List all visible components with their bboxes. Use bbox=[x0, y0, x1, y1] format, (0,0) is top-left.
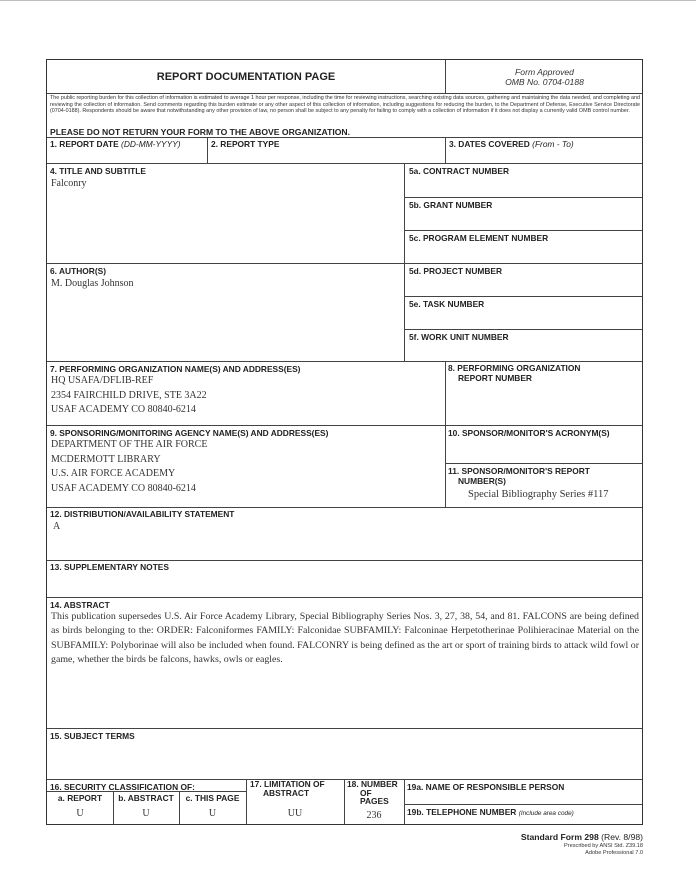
field-14-abstract-value[interactable]: This publication supersedes U.S. Air For… bbox=[51, 610, 639, 667]
field-10-acronym-label: 10. SPONSOR/MONITOR'S ACRONYM(S) bbox=[448, 428, 610, 438]
divider bbox=[47, 361, 642, 362]
divider bbox=[47, 425, 642, 426]
divider bbox=[404, 230, 642, 231]
divider bbox=[404, 329, 642, 330]
divider bbox=[47, 263, 642, 264]
omb-approval: Form Approved OMB No. 0704-0188 bbox=[445, 60, 644, 93]
form-approved-text: Form Approved bbox=[515, 67, 574, 77]
field-8-report-number-label: 8. PERFORMING ORGANIZATION REPORT NUMBER bbox=[448, 363, 580, 383]
burden-statement: The public reporting burden for this col… bbox=[50, 95, 640, 115]
divider bbox=[445, 463, 642, 464]
form-title: REPORT DOCUMENTATION PAGE bbox=[47, 60, 445, 93]
divider bbox=[47, 507, 642, 508]
divider bbox=[47, 137, 642, 138]
field-14-abstract-label: 14. ABSTRACT bbox=[50, 600, 110, 610]
field-13-supplementary-notes-label: 13. SUPPLEMENTARY NOTES bbox=[50, 562, 169, 572]
field-1-report-date-label: 1. REPORT DATE (DD-MM-YYYY) bbox=[50, 139, 181, 149]
field-18-number-of-pages-label: 18. NUMBER OF PAGES bbox=[347, 780, 398, 806]
divider bbox=[404, 197, 642, 198]
field-3-dates-covered-label: 3. DATES COVERED (From - To) bbox=[449, 139, 574, 149]
field-12-distribution-value[interactable]: A bbox=[53, 520, 60, 535]
field-16c-this-page-label: c. THIS PAGE bbox=[179, 793, 246, 803]
field-6-author-label: 6. AUTHOR(S) bbox=[50, 266, 106, 276]
field-16b-abstract-label: b. ABSTRACT bbox=[113, 793, 179, 803]
field-19a-responsible-person-label: 19a. NAME OF RESPONSIBLE PERSON bbox=[407, 782, 564, 792]
omb-number: OMB No. 0704-0188 bbox=[505, 77, 584, 87]
divider bbox=[47, 163, 642, 164]
field-19b-telephone-label: 19b. TELEPHONE NUMBER (Include area code… bbox=[407, 807, 574, 817]
field-5b-grant-number-label: 5b. GRANT NUMBER bbox=[409, 200, 492, 210]
field-16b-abstract-value[interactable]: U bbox=[113, 807, 179, 822]
divider bbox=[445, 137, 446, 163]
field-5f-work-unit-label: 5f. WORK UNIT NUMBER bbox=[409, 332, 509, 342]
field-12-distribution-label: 12. DISTRIBUTION/AVAILABILITY STATEMENT bbox=[50, 509, 234, 519]
field-5c-program-element-label: 5c. PROGRAM ELEMENT NUMBER bbox=[409, 233, 548, 243]
field-11-report-number-value[interactable]: Special Bibliography Series #117 bbox=[468, 488, 608, 503]
field-16a-report-label: a. REPORT bbox=[47, 793, 113, 803]
divider bbox=[47, 560, 642, 561]
do-not-return-notice: PLEASE DO NOT RETURN YOUR FORM TO THE AB… bbox=[50, 127, 350, 137]
divider bbox=[47, 728, 642, 729]
divider bbox=[404, 804, 642, 805]
field-16a-report-value[interactable]: U bbox=[47, 807, 113, 822]
field-4-title-value[interactable]: Falconry bbox=[51, 177, 87, 192]
field-6-author-value[interactable]: M. Douglas Johnson bbox=[51, 277, 134, 292]
divider bbox=[47, 597, 642, 598]
field-17-limitation-value[interactable]: UU bbox=[246, 807, 344, 822]
report-documentation-form: REPORT DOCUMENTATION PAGE Form Approved … bbox=[46, 59, 643, 825]
divider bbox=[404, 779, 405, 824]
field-2-report-type-label: 2. REPORT TYPE bbox=[211, 139, 279, 149]
field-5e-task-number-label: 5e. TASK NUMBER bbox=[409, 299, 484, 309]
field-18-number-of-pages-value[interactable]: 236 bbox=[344, 809, 404, 824]
field-5a-contract-number-label: 5a. CONTRACT NUMBER bbox=[409, 166, 509, 176]
field-7-performing-org-label: 7. PERFORMING ORGANIZATION NAME(S) AND A… bbox=[50, 364, 300, 374]
field-17-limitation-label: 17. LIMITATION OF ABSTRACT bbox=[250, 780, 325, 798]
form-prescription: Prescribed by ANSI Std. Z39.18 Adobe Pro… bbox=[564, 843, 643, 857]
field-15-subject-terms-label: 15. SUBJECT TERMS bbox=[50, 731, 135, 741]
page-top-rule bbox=[0, 0, 696, 1]
field-9-sponsoring-agency-label: 9. SPONSORING/MONITORING AGENCY NAME(S) … bbox=[50, 428, 328, 438]
field-9-sponsoring-agency-value[interactable]: DEPARTMENT OF THE AIR FORCE MCDERMOTT LI… bbox=[51, 438, 207, 496]
divider bbox=[404, 163, 405, 361]
divider bbox=[445, 361, 446, 507]
field-4-title-label: 4. TITLE AND SUBTITLE bbox=[50, 166, 146, 176]
divider bbox=[207, 137, 208, 163]
divider bbox=[47, 93, 642, 94]
field-16c-this-page-value[interactable]: U bbox=[179, 807, 246, 822]
standard-form-id: Standard Form 298 (Rev. 8/98) bbox=[521, 832, 643, 842]
divider bbox=[47, 791, 246, 792]
field-5d-project-number-label: 5d. PROJECT NUMBER bbox=[409, 266, 502, 276]
field-11-report-number-label: 11. SPONSOR/MONITOR'S REPORT NUMBER(S) bbox=[448, 466, 590, 486]
field-7-performing-org-value[interactable]: HQ USAFA/DFLIB-REF 2354 FAIRCHILD DRIVE,… bbox=[51, 374, 207, 418]
divider bbox=[404, 296, 642, 297]
